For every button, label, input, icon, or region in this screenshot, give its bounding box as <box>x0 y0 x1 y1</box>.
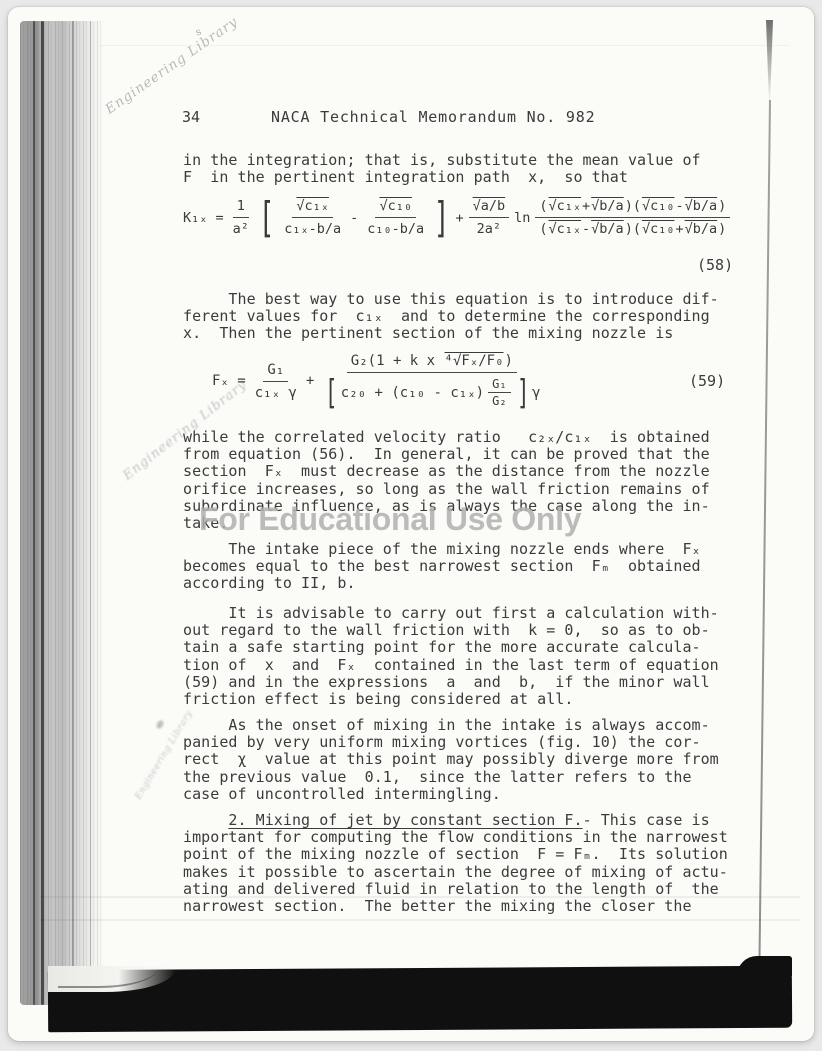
eq58-fraction-2: √c₁ₓc₁ₓ-b/a <box>280 197 345 238</box>
equation-59: Fₓ = G₁c₁ₓ γ + G₂(1 + k x ⁴√Fₓ/F₀) [ c₂₀… <box>212 352 544 410</box>
gamma-symbol: γ <box>532 385 540 401</box>
eq59-nested-fraction: G₁G₂ <box>488 376 510 409</box>
equation-label-58: (58) <box>697 256 733 274</box>
eq58-fraction-1: 1a² <box>229 197 253 238</box>
paragraph-best-way: The best way to use this equation is to … <box>183 291 719 343</box>
eq59-lhs: Fₓ = <box>212 373 246 389</box>
stamp-ink-mark: s <box>194 26 203 38</box>
book-spine-page-edges <box>20 21 104 1005</box>
minus-sign: - <box>350 210 358 226</box>
spine-crease-line <box>90 21 91 1005</box>
equation-58: K₁ₓ = 1a² [ √c₁ₓc₁ₓ-b/a - √c₁₀c₁₀-b/a ] … <box>183 197 730 238</box>
eq59-fraction-1: G₁c₁ₓ γ <box>251 361 301 402</box>
plus-sign: + <box>306 373 314 389</box>
paragraph-advisable: It is advisable to carry out first a cal… <box>183 605 719 708</box>
eq58-lhs: K₁ₓ = <box>183 210 224 226</box>
page-edge-line <box>758 100 771 966</box>
plus-sign: + <box>455 210 463 226</box>
ink-smudge <box>155 719 165 730</box>
scan-artifact-line <box>40 919 800 921</box>
paragraph-onset-of-mixing: As the onset of mixing in the intake is … <box>183 717 719 803</box>
educational-use-watermark: For Educational Use Only <box>199 501 581 538</box>
spine-crease-line <box>41 21 44 1005</box>
spine-crease-line <box>72 21 74 1005</box>
paragraph-intro: in the integration; that is, substitute … <box>183 152 701 186</box>
eq58-fraction-4: √a/b2a² <box>469 197 510 238</box>
eq58-fraction-3: √c₁₀c₁₀-b/a <box>363 197 428 238</box>
eq59-fraction-2: G₂(1 + k x ⁴√Fₓ/F₀) [ c₂₀ + (c₁₀ - c₁ₓ) … <box>319 352 544 410</box>
engineering-library-stamp-top: Engineering Library <box>102 14 241 118</box>
paragraph-section-2-mixing: 2. Mixing of jet by constant section F.-… <box>183 812 728 915</box>
equation-label-59: (59) <box>689 372 725 390</box>
spine-crease-line <box>33 21 35 1005</box>
scan-content: Engineering Library s Engineering Librar… <box>0 0 822 1051</box>
page-edge-wedge <box>766 20 773 106</box>
eq58-fraction-5: (√c₁ₓ+√b/a)(√c₁₀-√b/a) (√c₁ₓ-√b/a)(√c₁₀+… <box>535 197 730 238</box>
paragraph-intake-piece: The intake piece of the mixing nozzle en… <box>183 541 701 593</box>
page-number: 34 <box>182 108 200 126</box>
document-title: NACA Technical Memorandum No. 982 <box>271 108 595 126</box>
natural-log: ln <box>514 210 530 226</box>
